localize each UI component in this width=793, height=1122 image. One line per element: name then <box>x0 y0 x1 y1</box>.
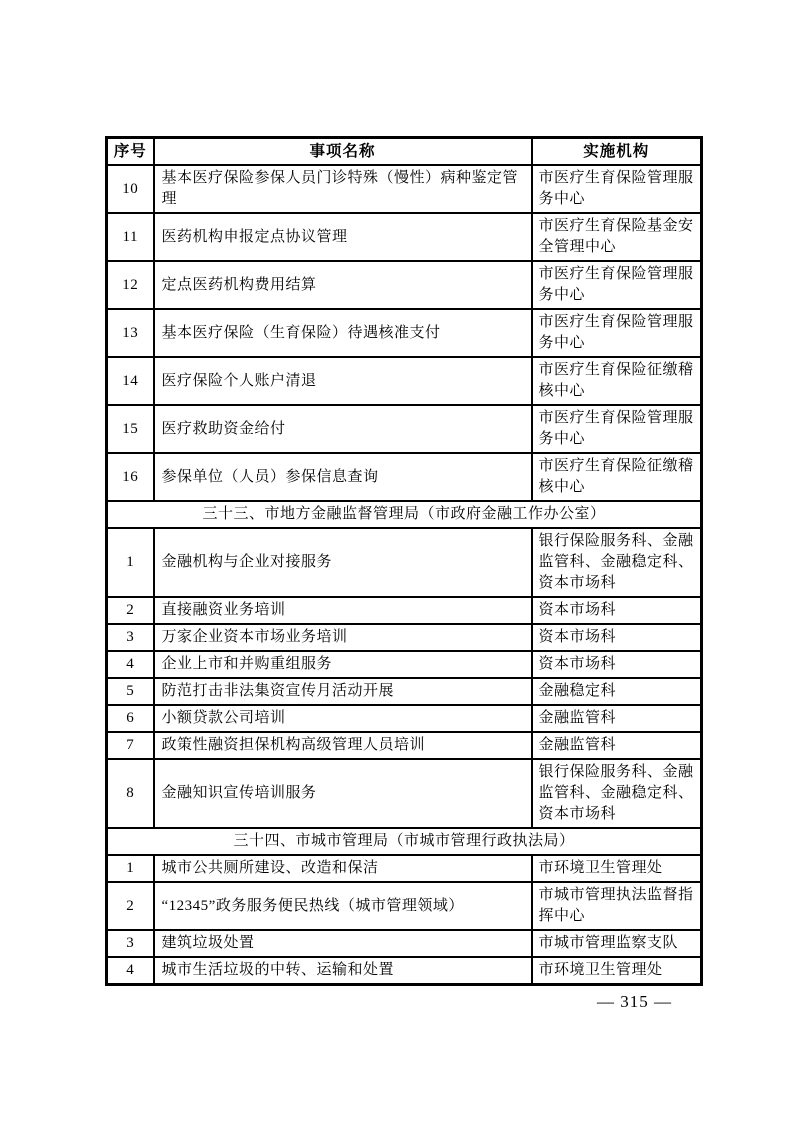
cell-implementing-agency: 市城市管理监察支队 <box>532 930 702 957</box>
cell-item-name: 建筑垃圾处置 <box>154 930 532 957</box>
table-row: 7政策性融资担保机构高级管理人员培训金融监管科 <box>107 732 702 759</box>
table-row: 2“12345”政务服务便民热线（城市管理领域）市城市管理执法监督指挥中心 <box>107 882 702 930</box>
cell-serial-number: 2 <box>107 597 154 624</box>
cell-implementing-agency: 银行保险服务科、金融监管科、金融稳定科、资本市场科 <box>532 528 702 597</box>
cell-implementing-agency: 资本市场科 <box>532 651 702 678</box>
document-page: 序号 事项名称 实施机构 10基本医疗保险参保人员门诊特殊（慢性）病种鉴定管理市… <box>0 0 793 1122</box>
cell-item-name: 城市生活垃圾的中转、运输和处置 <box>154 957 532 985</box>
table-row: 16参保单位（人员）参保信息查询市医疗生育保险征缴稽核中心 <box>107 453 702 501</box>
table-row: 15医疗救助资金给付市医疗生育保险管理服务中心 <box>107 405 702 453</box>
section-header-row: 三十四、市城市管理局（市城市管理行政执法局） <box>107 828 702 855</box>
cell-serial-number: 14 <box>107 357 154 405</box>
table-row: 3建筑垃圾处置市城市管理监察支队 <box>107 930 702 957</box>
cell-serial-number: 16 <box>107 453 154 501</box>
cell-item-name: 医药机构申报定点协议管理 <box>154 213 532 261</box>
cell-implementing-agency: 市环境卫生管理处 <box>532 957 702 985</box>
col-header-implementing-agency: 实施机构 <box>532 138 702 166</box>
cell-serial-number: 3 <box>107 930 154 957</box>
cell-implementing-agency: 市医疗生育保险征缴稽核中心 <box>532 453 702 501</box>
cell-item-name: 金融机构与企业对接服务 <box>154 528 532 597</box>
cell-serial-number: 13 <box>107 309 154 357</box>
cell-item-name: 基本医疗保险参保人员门诊特殊（慢性）病种鉴定管理 <box>154 165 532 213</box>
cell-serial-number: 4 <box>107 651 154 678</box>
cell-item-name: 基本医疗保险（生育保险）待遇核准支付 <box>154 309 532 357</box>
cell-implementing-agency: 市医疗生育保险管理服务中心 <box>532 309 702 357</box>
cell-implementing-agency: 资本市场科 <box>532 624 702 651</box>
cell-item-name: 政策性融资担保机构高级管理人员培训 <box>154 732 532 759</box>
cell-serial-number: 8 <box>107 759 154 828</box>
cell-serial-number: 5 <box>107 678 154 705</box>
cell-item-name: 医疗保险个人账户清退 <box>154 357 532 405</box>
section-title: 三十四、市城市管理局（市城市管理行政执法局） <box>107 828 702 855</box>
section-title: 三十三、市地方金融监督管理局（市政府金融工作办公室） <box>107 501 702 528</box>
cell-implementing-agency: 金融监管科 <box>532 705 702 732</box>
cell-implementing-agency: 金融监管科 <box>532 732 702 759</box>
cell-serial-number: 1 <box>107 528 154 597</box>
table-row: 6小额贷款公司培训金融监管科 <box>107 705 702 732</box>
cell-serial-number: 4 <box>107 957 154 985</box>
cell-serial-number: 2 <box>107 882 154 930</box>
table-row: 10基本医疗保险参保人员门诊特殊（慢性）病种鉴定管理市医疗生育保险管理服务中心 <box>107 165 702 213</box>
cell-implementing-agency: 市医疗生育保险管理服务中心 <box>532 261 702 309</box>
section-header-row: 三十三、市地方金融监督管理局（市政府金融工作办公室） <box>107 501 702 528</box>
table-header-row: 序号 事项名称 实施机构 <box>107 138 702 166</box>
cell-serial-number: 15 <box>107 405 154 453</box>
cell-serial-number: 7 <box>107 732 154 759</box>
table-row: 12定点医药机构费用结算市医疗生育保险管理服务中心 <box>107 261 702 309</box>
cell-implementing-agency: 市城市管理执法监督指挥中心 <box>532 882 702 930</box>
cell-item-name: 参保单位（人员）参保信息查询 <box>154 453 532 501</box>
table-row: 4城市生活垃圾的中转、运输和处置市环境卫生管理处 <box>107 957 702 985</box>
table-row: 2直接融资业务培训资本市场科 <box>107 597 702 624</box>
cell-implementing-agency: 市医疗生育保险管理服务中心 <box>532 165 702 213</box>
table-row: 14医疗保险个人账户清退市医疗生育保险征缴稽核中心 <box>107 357 702 405</box>
service-items-table: 序号 事项名称 实施机构 10基本医疗保险参保人员门诊特殊（慢性）病种鉴定管理市… <box>105 136 703 986</box>
cell-implementing-agency: 市医疗生育保险征缴稽核中心 <box>532 357 702 405</box>
cell-implementing-agency: 市医疗生育保险管理服务中心 <box>532 405 702 453</box>
table-row: 5防范打击非法集资宣传月活动开展金融稳定科 <box>107 678 702 705</box>
cell-item-name: 万家企业资本市场业务培训 <box>154 624 532 651</box>
col-header-item-name: 事项名称 <box>154 138 532 166</box>
table-row: 3万家企业资本市场业务培训资本市场科 <box>107 624 702 651</box>
cell-serial-number: 1 <box>107 855 154 882</box>
table-body: 10基本医疗保险参保人员门诊特殊（慢性）病种鉴定管理市医疗生育保险管理服务中心1… <box>107 165 702 985</box>
table-row: 13基本医疗保险（生育保险）待遇核准支付市医疗生育保险管理服务中心 <box>107 309 702 357</box>
cell-implementing-agency: 资本市场科 <box>532 597 702 624</box>
cell-item-name: 小额贷款公司培训 <box>154 705 532 732</box>
cell-implementing-agency: 市环境卫生管理处 <box>532 855 702 882</box>
cell-item-name: 城市公共厕所建设、改造和保洁 <box>154 855 532 882</box>
col-header-serial-number: 序号 <box>107 138 154 166</box>
cell-serial-number: 3 <box>107 624 154 651</box>
cell-implementing-agency: 金融稳定科 <box>532 678 702 705</box>
page-number: — 315 — <box>597 992 672 1012</box>
cell-serial-number: 12 <box>107 261 154 309</box>
cell-serial-number: 10 <box>107 165 154 213</box>
cell-item-name: 医疗救助资金给付 <box>154 405 532 453</box>
table-row: 1城市公共厕所建设、改造和保洁市环境卫生管理处 <box>107 855 702 882</box>
table-row: 1金融机构与企业对接服务银行保险服务科、金融监管科、金融稳定科、资本市场科 <box>107 528 702 597</box>
cell-item-name: 金融知识宣传培训服务 <box>154 759 532 828</box>
cell-implementing-agency: 银行保险服务科、金融监管科、金融稳定科、资本市场科 <box>532 759 702 828</box>
cell-item-name: 防范打击非法集资宣传月活动开展 <box>154 678 532 705</box>
cell-item-name: 企业上市和并购重组服务 <box>154 651 532 678</box>
cell-serial-number: 6 <box>107 705 154 732</box>
table-row: 4企业上市和并购重组服务资本市场科 <box>107 651 702 678</box>
cell-item-name: “12345”政务服务便民热线（城市管理领域） <box>154 882 532 930</box>
table-row: 8金融知识宣传培训服务银行保险服务科、金融监管科、金融稳定科、资本市场科 <box>107 759 702 828</box>
cell-serial-number: 11 <box>107 213 154 261</box>
cell-implementing-agency: 市医疗生育保险基金安全管理中心 <box>532 213 702 261</box>
cell-item-name: 定点医药机构费用结算 <box>154 261 532 309</box>
table-row: 11医药机构申报定点协议管理市医疗生育保险基金安全管理中心 <box>107 213 702 261</box>
cell-item-name: 直接融资业务培训 <box>154 597 532 624</box>
